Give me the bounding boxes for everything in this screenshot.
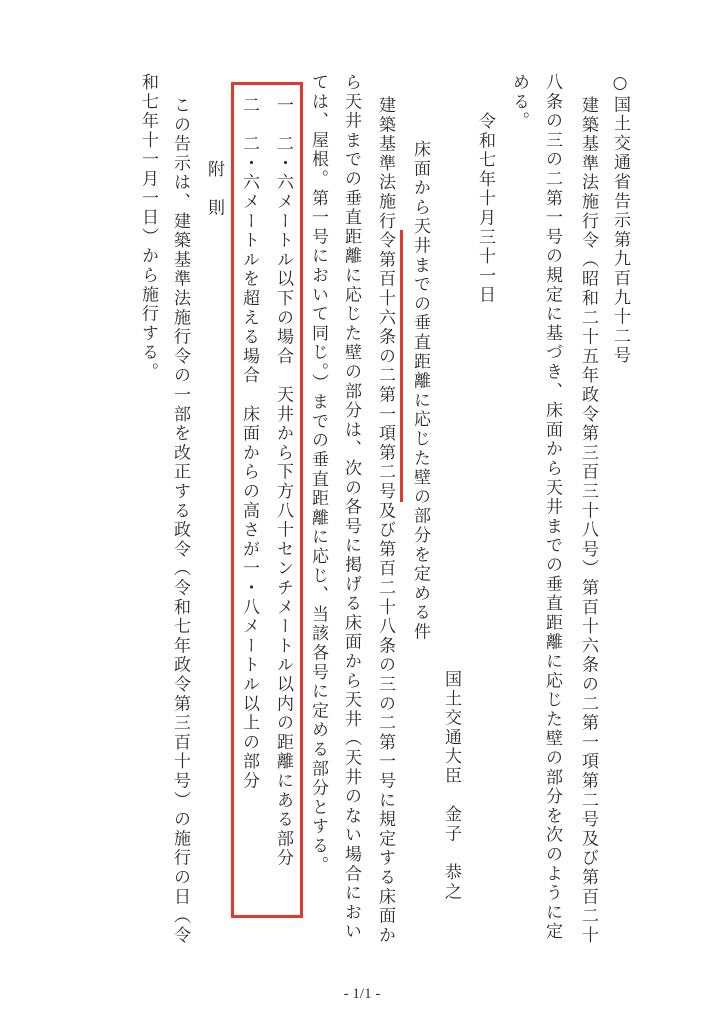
notice-title: 床面から天井までの垂直距離に応じた壁の部分を定める件 bbox=[410, 140, 430, 642]
body-line-3: ては、屋根。第一号において同じ。）までの垂直距離に応じ、当該各号に定める部分とす… bbox=[308, 73, 328, 875]
preamble-line-2: 八条の三の二第一号の規定に基づき、床面から天井までの垂直距離に応じた壁の部分を次… bbox=[542, 73, 562, 942]
minister-signature: 国土交通大臣 金子 恭之 bbox=[441, 670, 461, 902]
highlight-underline bbox=[400, 230, 403, 502]
notice-number: ○国土交通省告示第九百九十二号 bbox=[610, 73, 630, 366]
page-number: - 1/1 - bbox=[0, 986, 724, 1003]
supplementary-line-1: この告示は、建築基準法施行令の一部を改正する政令（令和七年政令第三百十号）の施行… bbox=[170, 96, 190, 945]
date: 令和七年十月三十一日 bbox=[475, 112, 495, 305]
supplementary-line-2: 和七年十一月一日）から施行する。 bbox=[138, 73, 158, 382]
preamble-line-3: める。 bbox=[509, 73, 529, 131]
preamble-line-1: 建築基準法施行令（昭和二十五年政令第三百三十八号）第百十六条の二第一項第二号及び… bbox=[578, 96, 598, 945]
body-line-1: 建築基準法施行令第百十六条の二第一項第二号及び第百二十八条の三の二第一号に規定す… bbox=[375, 96, 395, 945]
body-line-2: ら天井までの垂直距離に応じた壁の部分は、次の各号に掲げる床面から天井（天井のない… bbox=[341, 73, 361, 942]
supplementary-provisions-heading: 附 則 bbox=[204, 160, 224, 218]
highlight-box-items bbox=[231, 82, 303, 918]
